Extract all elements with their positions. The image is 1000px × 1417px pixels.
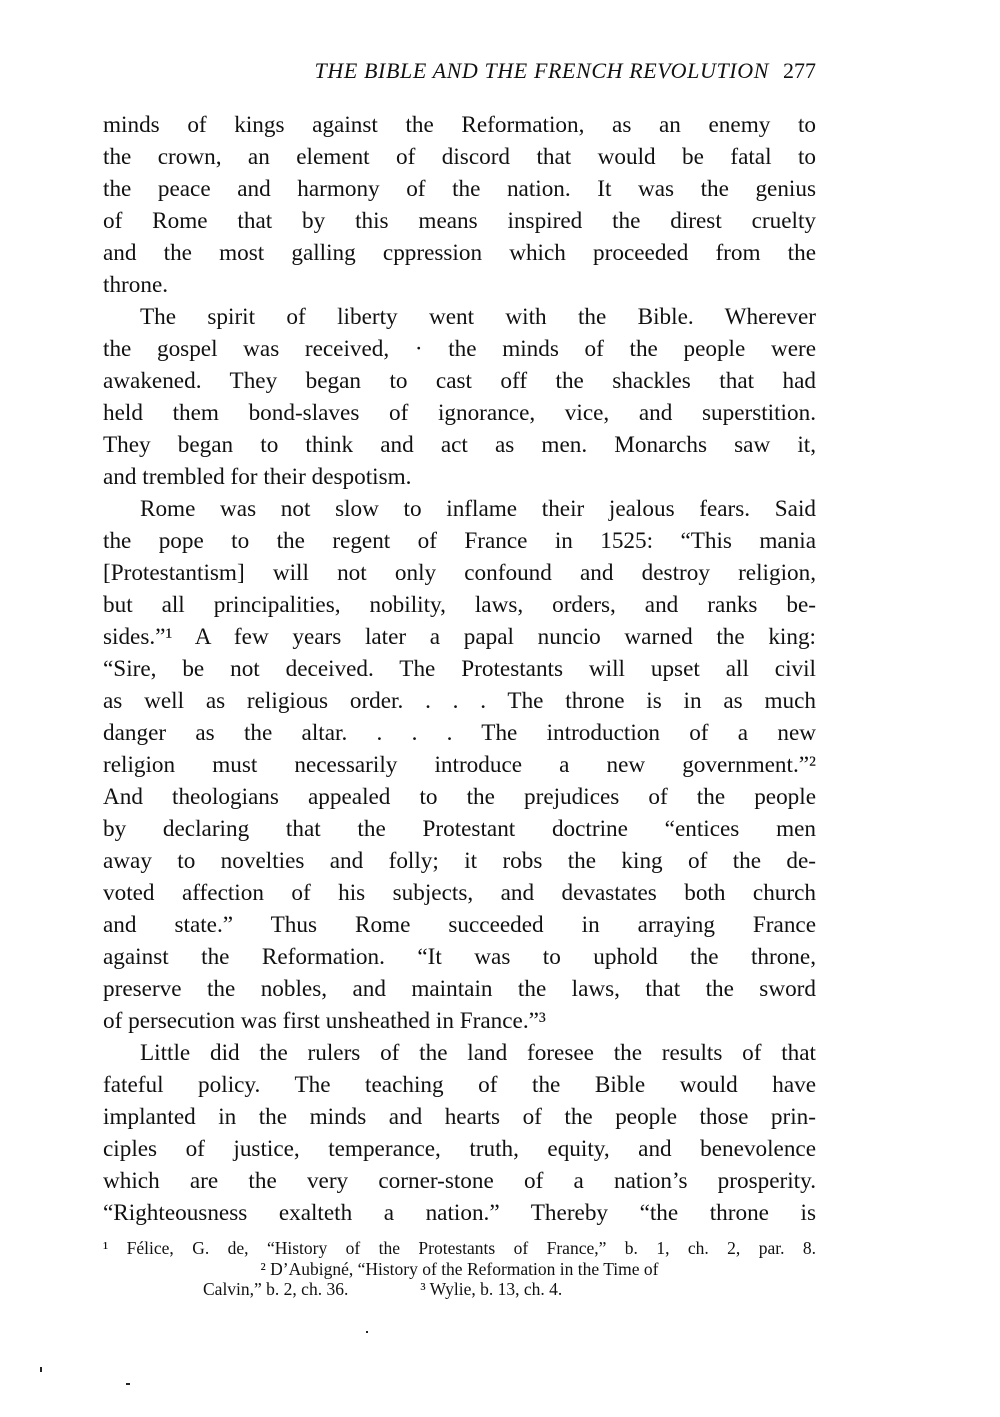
- text-line: the gospel was received, · the minds of …: [103, 333, 816, 365]
- paragraph-1: minds of kings against the Reformation, …: [103, 109, 816, 301]
- text-line: preserve the nobles, and maintain the la…: [103, 973, 816, 1005]
- text-line: awakened. They began to cast off the sha…: [103, 365, 816, 397]
- text-line: danger as the altar. . . . The introduct…: [103, 717, 816, 749]
- text-line: and the most galling cppression which pr…: [103, 237, 816, 269]
- speck: [366, 1331, 368, 1333]
- text-line: religion must necessarily introduce a ne…: [103, 749, 816, 781]
- footnote-2-3-line: Calvin,” b. 2, ch. 36.³ Wylie, b. 13, ch…: [103, 1279, 816, 1300]
- text-line: by declaring that the Protestant doctrin…: [103, 813, 816, 845]
- text-line: the pope to the regent of France in 1525…: [103, 525, 816, 557]
- footnote-3: ³ Wylie, b. 13, ch. 4.: [420, 1279, 562, 1299]
- text-line: and state.” Thus Rome succeeded in array…: [103, 909, 816, 941]
- page-number: 277: [783, 58, 816, 84]
- text-line: “Sire, be not deceived. The Protestants …: [103, 653, 816, 685]
- footnote-2-line-1: ² D’Aubigné, “History of the Reformation…: [103, 1259, 816, 1280]
- text-line: as well as religious order. . . . The th…: [103, 685, 816, 717]
- text-line: but all principalities, nobility, laws, …: [103, 589, 816, 621]
- text-line: fateful policy. The teaching of the Bibl…: [103, 1069, 816, 1101]
- text-line: voted affection of his subjects, and dev…: [103, 877, 816, 909]
- body-text: minds of kings against the Reformation, …: [103, 109, 816, 1229]
- text-line: sides.”¹ A few years later a papal nunci…: [103, 621, 816, 653]
- text-line: against the Reformation. “It was to upho…: [103, 941, 816, 973]
- paragraph-4: Little did the rulers of the land forese…: [103, 1037, 816, 1229]
- text-line: minds of kings against the Reformation, …: [103, 109, 816, 141]
- running-head: THE BIBLE AND THE FRENCH REVOLUTION 277: [103, 58, 816, 92]
- text-line: away to novelties and folly; it robs the…: [103, 845, 816, 877]
- footnote-1: ¹ Félice, G. de, “History of the Protest…: [103, 1238, 816, 1259]
- text-line: held them bond-slaves of ignorance, vice…: [103, 397, 816, 429]
- footnotes: ¹ Félice, G. de, “History of the Protest…: [103, 1238, 816, 1300]
- text-line: ciples of justice, temperance, truth, eq…: [103, 1133, 816, 1165]
- text-line: [Protestantism] will not only confound a…: [103, 557, 816, 589]
- text-line: of Rome that by this means inspired the …: [103, 205, 816, 237]
- speck: [126, 1383, 130, 1385]
- text-line: Little did the rulers of the land forese…: [103, 1037, 816, 1069]
- text-line: the crown, an element of discord that wo…: [103, 141, 816, 173]
- text-line: And theologians appealed to the prejudic…: [103, 781, 816, 813]
- text-line: The spirit of liberty went with the Bibl…: [103, 301, 816, 333]
- text-line: “Righteousness exalteth a nation.” There…: [103, 1197, 816, 1229]
- paragraph-2: The spirit of liberty went with the Bibl…: [103, 301, 816, 493]
- footnote-2-line-2: Calvin,” b. 2, ch. 36.: [203, 1279, 348, 1299]
- text-line: Rome was not slow to inflame their jealo…: [103, 493, 816, 525]
- text-line: of persecution was first unsheathed in F…: [103, 1005, 816, 1037]
- book-page: THE BIBLE AND THE FRENCH REVOLUTION 277 …: [103, 58, 816, 1300]
- text-line: They began to think and act as men. Mona…: [103, 429, 816, 461]
- text-line: throne.: [103, 269, 816, 301]
- text-line: which are the very corner-stone of a nat…: [103, 1165, 816, 1197]
- text-line: and trembled for their despotism.: [103, 461, 816, 493]
- text-line: the peace and harmony of the nation. It …: [103, 173, 816, 205]
- running-head-title: THE BIBLE AND THE FRENCH REVOLUTION: [315, 58, 769, 84]
- text-line: implanted in the minds and hearts of the…: [103, 1101, 816, 1133]
- speck: [40, 1367, 42, 1372]
- paragraph-3: Rome was not slow to inflame their jealo…: [103, 493, 816, 1037]
